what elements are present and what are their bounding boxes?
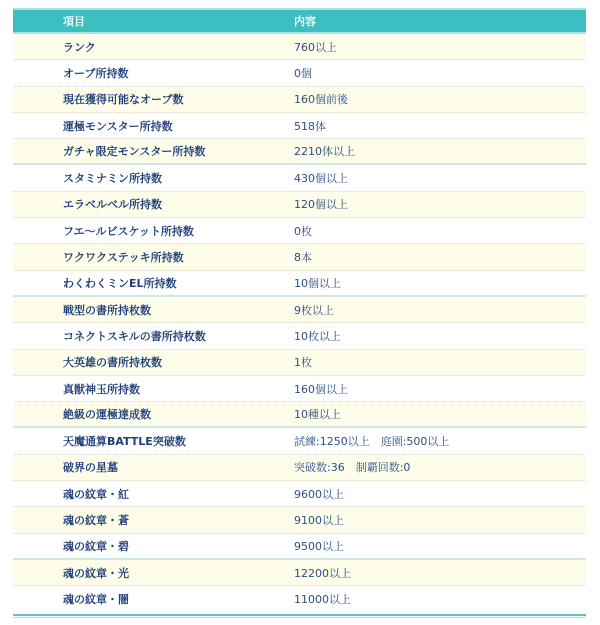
row-content: 10枚以上 bbox=[294, 328, 586, 344]
table-row: エラベルベル所持数120個以上 bbox=[13, 192, 586, 218]
table-row: 魂の紋章・紅9600以上 bbox=[13, 481, 586, 507]
row-content: 0個 bbox=[294, 65, 586, 81]
row-item: エラベルベル所持数 bbox=[13, 196, 294, 212]
table-row: スタミナミン所持数430個以上 bbox=[13, 165, 586, 191]
table-row: 魂の紋章・碧9500以上 bbox=[13, 534, 586, 560]
row-item: 大英雄の書所持枚数 bbox=[13, 354, 294, 370]
table-row: 魂の紋章・光12200以上 bbox=[13, 560, 586, 586]
row-content: 160個以上 bbox=[294, 381, 586, 397]
row-content: 160個前後 bbox=[294, 91, 586, 107]
table-row: 現在獲得可能なオーブ数160個前後 bbox=[13, 87, 586, 113]
row-item: わくわくミンEL所持数 bbox=[13, 275, 294, 291]
row-content: 10個以上 bbox=[294, 275, 586, 291]
row-item: 魂の紋章・紅 bbox=[13, 486, 294, 502]
row-item: 運極モンスター所持数 bbox=[13, 118, 294, 134]
row-item: 現在獲得可能なオーブ数 bbox=[13, 91, 294, 107]
table-row: フエ～ルビスケット所持数0枚 bbox=[13, 218, 586, 244]
table-row: わくわくミンEL所持数10個以上 bbox=[13, 271, 586, 297]
row-item: ランク bbox=[13, 39, 294, 55]
table-row: 天魔通算BATTLE突破数試練:1250以上 庭園:500以上 bbox=[13, 428, 586, 454]
row-content: 0枚 bbox=[294, 223, 586, 239]
row-content: 8本 bbox=[294, 249, 586, 265]
row-item: 魂の紋章・闇 bbox=[13, 591, 294, 607]
table-row: オーブ所持数0個 bbox=[13, 60, 586, 86]
row-item: 魂の紋章・碧 bbox=[13, 538, 294, 554]
row-content: 10種以上 bbox=[294, 406, 586, 422]
row-item: 魂の紋章・蒼 bbox=[13, 512, 294, 528]
table-row: 破界の星墓突破数:36 制覇回数:0 bbox=[13, 455, 586, 481]
row-content: 430個以上 bbox=[294, 170, 586, 186]
row-item: 絶級の運極達成数 bbox=[13, 406, 294, 422]
row-content: 12200以上 bbox=[294, 565, 586, 581]
row-item: コネクトスキルの書所持枚数 bbox=[13, 328, 294, 344]
row-item: フエ～ルビスケット所持数 bbox=[13, 223, 294, 239]
row-content: 9500以上 bbox=[294, 538, 586, 554]
header-item: 項目 bbox=[13, 13, 294, 29]
table-row: 真獣神玉所持数160個以上 bbox=[13, 376, 586, 402]
table-row: ランク760以上 bbox=[13, 34, 586, 60]
row-content: 518体 bbox=[294, 118, 586, 134]
row-item: 戦型の書所持枚数 bbox=[13, 302, 294, 318]
table-row: ガチャ限定モンスター所持数2210体以上 bbox=[13, 139, 586, 165]
row-content: 突破数:36 制覇回数:0 bbox=[294, 459, 586, 475]
table-bottom-border bbox=[13, 614, 586, 618]
row-item: ワクワクステッキ所持数 bbox=[13, 249, 294, 265]
row-item: 真獣神玉所持数 bbox=[13, 381, 294, 397]
row-item: スタミナミン所持数 bbox=[13, 170, 294, 186]
row-content: 9枚以上 bbox=[294, 302, 586, 318]
row-content: 9100以上 bbox=[294, 512, 586, 528]
table-row: 魂の紋章・蒼9100以上 bbox=[13, 507, 586, 533]
row-content: 120個以上 bbox=[294, 196, 586, 212]
table-row: 大英雄の書所持枚数1枚 bbox=[13, 350, 586, 376]
row-item: オーブ所持数 bbox=[13, 65, 294, 81]
row-content: 試練:1250以上 庭園:500以上 bbox=[294, 433, 586, 449]
table-row: 絶級の運極達成数10種以上 bbox=[13, 402, 586, 428]
table-row: コネクトスキルの書所持枚数10枚以上 bbox=[13, 323, 586, 349]
table-row: 魂の紋章・闇11000以上 bbox=[13, 586, 586, 612]
row-item: 魂の紋章・光 bbox=[13, 565, 294, 581]
row-item: ガチャ限定モンスター所持数 bbox=[13, 143, 294, 159]
row-content: 1枚 bbox=[294, 354, 586, 370]
row-content: 9600以上 bbox=[294, 486, 586, 502]
row-item: 破界の星墓 bbox=[13, 459, 294, 475]
row-item: 天魔通算BATTLE突破数 bbox=[13, 433, 294, 449]
table-row: ワクワクステッキ所持数8本 bbox=[13, 244, 586, 270]
row-content: 11000以上 bbox=[294, 591, 586, 607]
table-row: 戦型の書所持枚数9枚以上 bbox=[13, 297, 586, 323]
row-content: 2210体以上 bbox=[294, 143, 586, 159]
account-info-table: 項目 内容 ランク760以上 オーブ所持数0個 現在獲得可能なオーブ数160個前… bbox=[13, 8, 586, 618]
table-row: 運極モンスター所持数518体 bbox=[13, 113, 586, 139]
table-header: 項目 内容 bbox=[13, 8, 586, 34]
header-content: 内容 bbox=[294, 13, 586, 29]
row-content: 760以上 bbox=[294, 39, 586, 55]
